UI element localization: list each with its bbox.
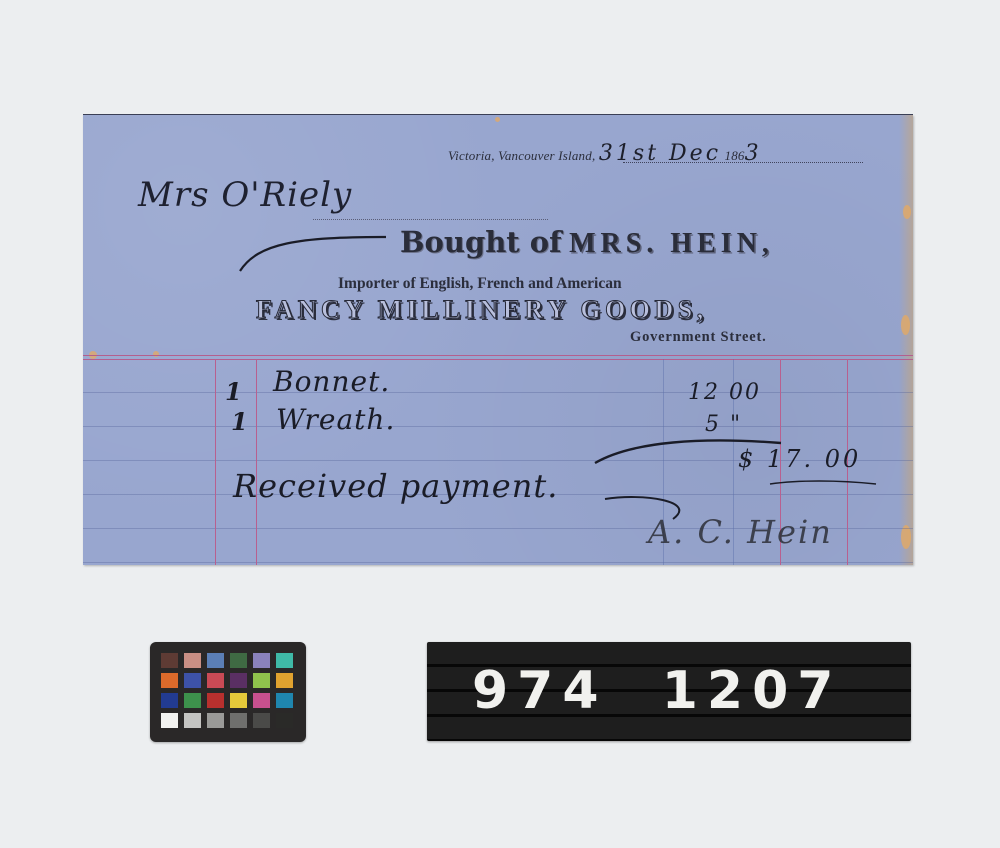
accession-number-plate: 974 1207 [427,642,911,741]
total-underline [768,478,878,488]
color-swatch [207,653,224,668]
color-swatch [207,673,224,688]
merchant-heading: Bought of MRS. HEIN, [400,225,774,260]
color-swatch [276,673,293,688]
color-swatch [207,693,224,708]
customer-dotted-line [313,219,548,220]
total-amount: $ 17. 00 [738,445,861,473]
color-calibration-card [150,642,306,742]
color-swatch [276,713,293,728]
receipt-document: Victoria, Vancouver Island, 31st Dec 186… [83,115,913,565]
merchant-name: MRS. HEIN, [569,228,774,259]
printed-place: Victoria, Vancouver Island, [448,148,595,163]
color-swatch [230,653,247,668]
pen-flourish [238,233,388,273]
line-item-description: Wreath. [276,403,395,436]
printed-year-prefix: 186 [725,148,745,163]
ledger-margin-line [215,359,216,565]
color-swatch [276,653,293,668]
date-dotted-line [623,162,863,163]
foxing-spot [495,117,500,122]
color-swatch [184,693,201,708]
ledger-margin-line [256,359,257,565]
foxing-spot [903,205,911,219]
color-swatch [230,693,247,708]
line-item-amount: 12 00 [688,380,761,405]
swatch-grid [161,653,293,728]
goods-line: FANCY MILLINERY GOODS, [256,295,708,325]
foxing-spot [901,315,910,335]
bought-of-label: Bought of [400,225,562,259]
merchant-signature: A. C. Hein [648,513,833,551]
color-swatch [161,653,178,668]
color-swatch [161,673,178,688]
color-swatch [253,673,270,688]
line-item-description: Bonnet. [273,365,390,398]
merchant-address: Government Street. [630,329,767,346]
color-swatch [230,713,247,728]
line-item-qty: 1 [225,377,242,406]
line-item-amount: 5 " [705,412,742,437]
color-swatch [253,713,270,728]
color-swatch [253,653,270,668]
color-swatch [253,693,270,708]
customer-name: Mrs O'Riely [138,175,352,215]
color-swatch [207,713,224,728]
line-item-qty: 1 [231,407,248,436]
color-swatch [161,693,178,708]
color-swatch [161,713,178,728]
received-payment-note: Received payment. [233,467,558,505]
color-swatch [184,653,201,668]
accession-number: 974 1207 [472,660,842,722]
color-swatch [184,713,201,728]
color-swatch [230,673,247,688]
color-swatch [276,693,293,708]
color-swatch [184,673,201,688]
importer-line: Importer of English, French and American [338,275,622,293]
